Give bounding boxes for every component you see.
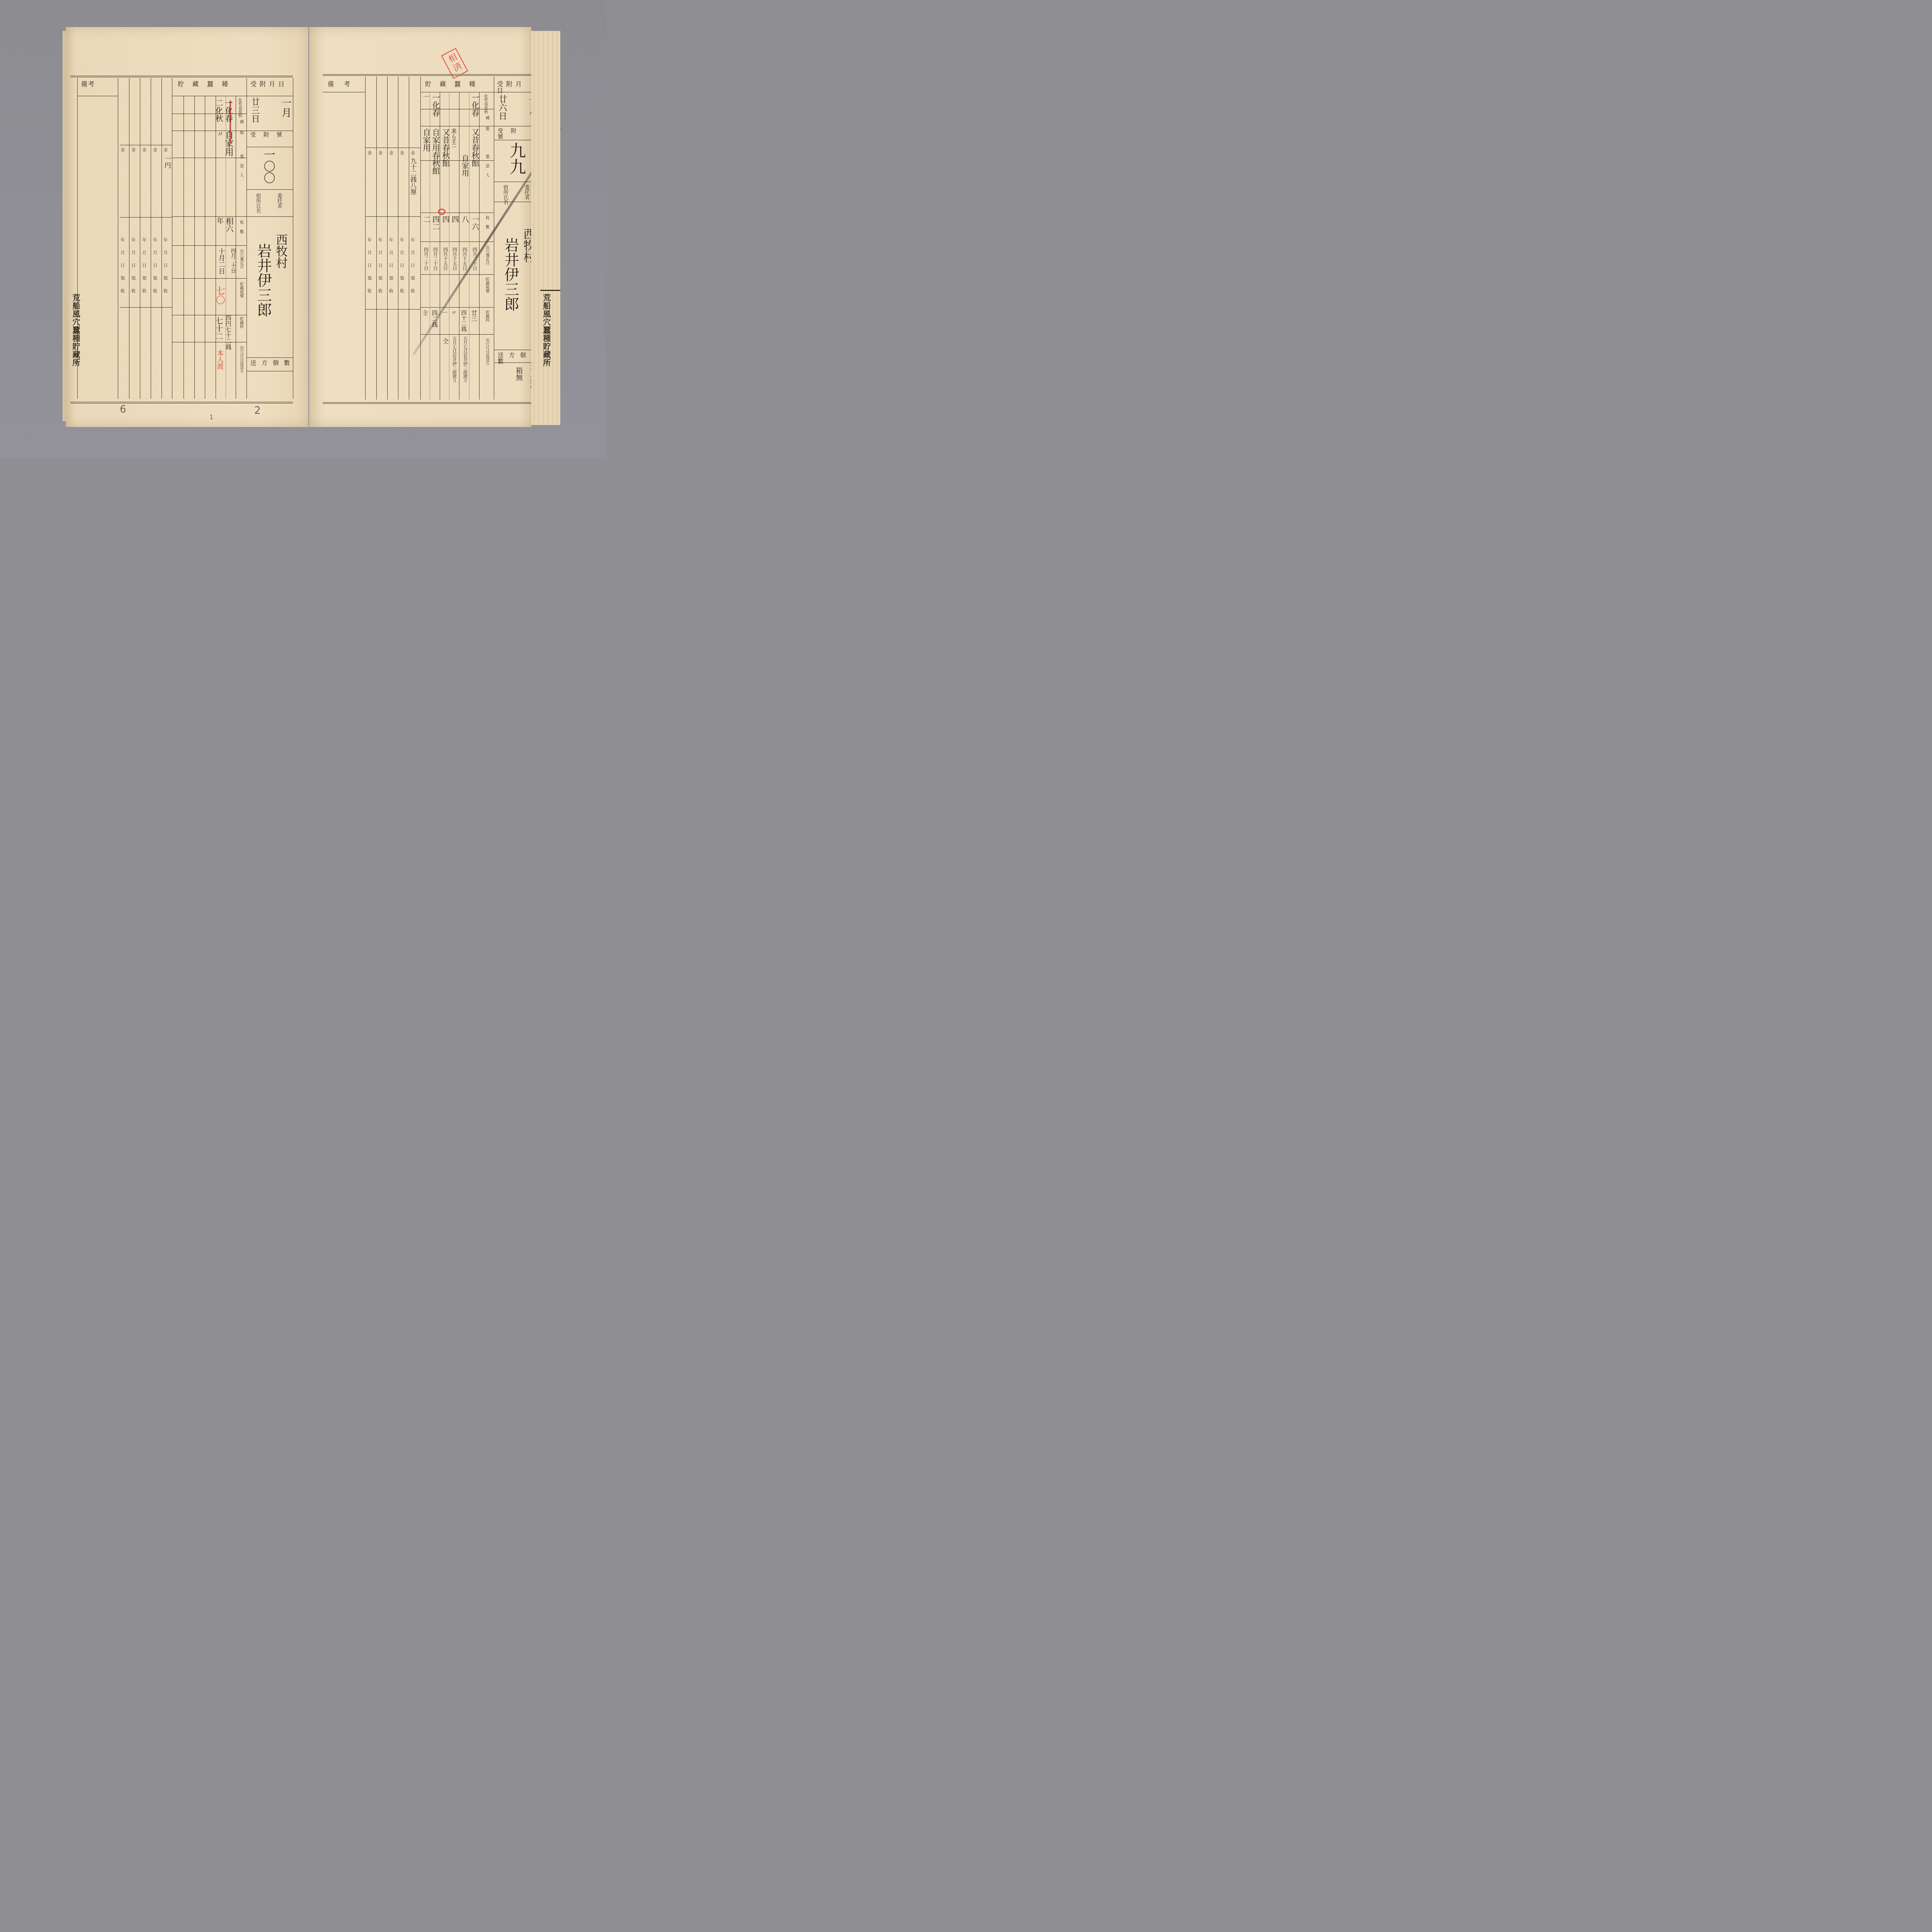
entry-count: 相六 xyxy=(225,217,233,233)
entry-returned: 五月七日岩井伊三郎渡ス xyxy=(463,336,468,383)
row-label-count: 枚數 xyxy=(485,216,489,234)
row-rule xyxy=(247,131,293,131)
payment-date-label: 年月日領收 xyxy=(410,238,415,301)
column-rule xyxy=(205,96,205,399)
column-rule xyxy=(236,96,236,399)
right-spine-title: 荒船風穴蠶種貯藏所 xyxy=(541,294,552,367)
received-date-header: 受附月日 xyxy=(250,81,287,88)
entry-planned-out: 十月二日 xyxy=(217,248,224,274)
column-rule xyxy=(162,78,162,399)
remarks-header-rule xyxy=(77,96,118,96)
received-number: 一〇〇 xyxy=(262,149,274,184)
remarks-header: 備考 xyxy=(328,81,360,88)
column-rule xyxy=(172,78,172,399)
row-rule xyxy=(247,189,293,190)
payment-amount-label: 金 xyxy=(400,151,404,155)
column-rule xyxy=(387,77,388,400)
row-rule xyxy=(420,274,494,275)
row-rule xyxy=(420,213,494,213)
received-number-label: 受附號 xyxy=(498,128,531,139)
received-number-label: 受附號 xyxy=(250,132,290,138)
remarks-header: 備考 xyxy=(81,81,95,88)
header-rule xyxy=(172,96,293,96)
row-label-count: 枚數 xyxy=(239,220,243,239)
entry-fee: 四円七十二銭 xyxy=(225,315,231,350)
entry-fee: 四十二銭 xyxy=(461,310,466,332)
column-rule xyxy=(420,77,421,400)
payment-date-label: 年月日領收 xyxy=(120,238,125,301)
consignor-name: 岩井伊三郎 xyxy=(255,243,270,317)
entry-count: 一六 xyxy=(471,216,478,230)
payment-rule xyxy=(365,216,420,217)
payment-date-label: 年月日領收 xyxy=(142,238,146,301)
payment-date-label: 年月日領收 xyxy=(367,238,372,301)
column-rule xyxy=(469,92,469,400)
received-date-header: 受附月日 xyxy=(497,81,531,94)
consignor-sub-label: 宿所氏名 xyxy=(255,193,260,213)
entry-planned-out: 四月二十日 xyxy=(433,247,438,270)
pencil-mark: 2 xyxy=(254,405,261,417)
payment-rule xyxy=(365,309,420,310)
entry-count: 四 xyxy=(441,216,449,223)
column-rule xyxy=(129,78,129,399)
row-rule xyxy=(247,216,293,217)
right-page: 備考 貯藏蠶種 受附月日 化性春夏秋 種類 製造人 枚數 出穴豫定日 貯藏箱號 … xyxy=(309,27,531,427)
payment-amount-label: 金 xyxy=(142,148,146,152)
row-label-maker: 製造人 xyxy=(239,155,243,182)
row-label-generation: 化性春夏秋 xyxy=(237,98,241,117)
row-label-generation: 化性春夏秋 xyxy=(483,94,487,114)
consignor-name: 岩井伊三郎 xyxy=(502,238,518,311)
row-label-type: 種類 xyxy=(485,116,489,138)
payment-date-label: 年月日領收 xyxy=(153,238,157,301)
column-rule xyxy=(140,78,140,399)
open-ledger-book: 備考 貯藏蠶種 受附月日 化性春夏秋 種類 製造人 枚數 出穴豫定日 貯藏箱號 … xyxy=(66,27,560,427)
entry-count: 八 xyxy=(461,216,468,223)
entry-fee: 〃 xyxy=(451,310,456,315)
row-label-fee: 貯藏料 xyxy=(485,310,489,322)
entry-box-no: 七〇 xyxy=(214,286,224,304)
column-rule xyxy=(459,92,459,400)
red-circle-mark xyxy=(438,209,446,215)
consignor-label: 委托者 xyxy=(524,185,529,200)
payment-amount-label: 金 xyxy=(378,151,383,155)
payment-amount: 一円 xyxy=(163,155,170,168)
entry-planned-out: 四月二十日 xyxy=(230,248,235,273)
payment-amount-label: 金 xyxy=(163,148,168,152)
row-label-box-no: 貯藏箱號 xyxy=(239,282,243,298)
entry-planned-out: 四月十五日 xyxy=(443,247,448,270)
payment-amount-label: 金 xyxy=(131,148,136,152)
payment-amount-label: 金 xyxy=(153,148,157,152)
consignor-sub-label: 宿所氏名 xyxy=(502,185,508,205)
left-page: 備考 貯藏蠶種 受附月日 化性春夏秋 種類 製造人 枚數 出穴豫定日 貯藏箱號 … xyxy=(66,27,308,427)
entry-returned: 本人渡 xyxy=(216,350,223,369)
entry-type-maker: 自家用春秋館 xyxy=(431,128,439,175)
left-form-frame xyxy=(70,76,293,403)
entry-count: 二 xyxy=(422,216,430,223)
column-rule xyxy=(376,77,377,400)
received-number: 九九 xyxy=(508,142,525,175)
column-rule xyxy=(365,77,366,400)
payment-amount-label: 金 xyxy=(120,148,125,152)
entry-type-maker: 自家用 xyxy=(422,128,430,151)
row-rule xyxy=(247,357,293,358)
row-rule xyxy=(420,307,494,308)
payment-date-label: 年月日領收 xyxy=(163,238,168,301)
consignor-label: 委托者 xyxy=(276,193,282,208)
pencil-mark: 6 xyxy=(120,404,126,415)
left-spine-title: 荒船風穴蠶種貯藏所 xyxy=(70,294,82,367)
payment-amount-label: 金 xyxy=(389,151,393,155)
entry-generation: 一化春 xyxy=(224,99,232,122)
row-label-box-no: 貯藏箱號 xyxy=(485,277,489,293)
entry-type-maker: 自家用 xyxy=(224,131,233,156)
row-rule xyxy=(420,334,494,335)
entry-fee: 仝 xyxy=(422,310,428,315)
entry-planned-out: 四月十五日 xyxy=(452,247,457,270)
row-rule xyxy=(247,147,293,147)
column-rule xyxy=(247,78,247,399)
column-rule xyxy=(398,77,398,400)
entry-count: 四 xyxy=(451,216,458,223)
row-label-planned-out: 出穴豫定日 xyxy=(239,249,243,269)
entry-generation: 一 xyxy=(422,94,429,100)
entry-count: 四二 xyxy=(431,216,439,230)
payment-rule xyxy=(120,145,172,145)
entry-type-maker: 又昔春秋館 xyxy=(441,128,449,167)
row-rule xyxy=(420,241,494,242)
entry-generation: 一化春 xyxy=(431,94,439,117)
return-count-label: 送方個數 xyxy=(498,352,531,365)
payment-rule xyxy=(120,217,172,218)
entry-returned: 仝 xyxy=(442,338,448,344)
entry-fee: 廿三 xyxy=(471,310,477,321)
payment-date-label: 年月日領收 xyxy=(378,238,383,301)
return-count-label: 送方個數 xyxy=(250,360,295,366)
row-rule xyxy=(247,371,293,371)
entry-planned-out: 四月十五日 xyxy=(462,247,467,270)
row-label-maker: 製造人 xyxy=(485,155,489,182)
received-day: 廿六日 xyxy=(498,95,507,120)
row-label-type: 種類 xyxy=(239,120,243,141)
entry-type-maker: 〃 xyxy=(216,131,223,138)
payment-date-label: 年月日領收 xyxy=(131,238,136,301)
column-rule xyxy=(494,77,494,400)
received-month: 一月 xyxy=(280,97,291,117)
payment-amount: 九十二銭八厘 xyxy=(410,158,416,195)
return-count: 箱無 xyxy=(515,367,522,381)
storage-seed-header: 貯藏蠶種 xyxy=(178,81,236,88)
row-label-fee: 貯藏料 xyxy=(239,317,243,328)
entry-generation: 二化秋 xyxy=(214,99,223,122)
column-rule xyxy=(409,77,409,400)
payment-date-label: 年月日領收 xyxy=(389,238,393,301)
pencil-mark: 1 xyxy=(209,413,213,421)
entry-type-maker: 来ら壬一 xyxy=(451,128,456,150)
payment-rule xyxy=(120,307,172,308)
entry-type-maker: 又昔春秋館 xyxy=(471,128,479,167)
entry-planned-out: 四月二十日 xyxy=(423,247,429,270)
entry-count: 年 xyxy=(216,217,223,224)
payment-date-label: 年月日領收 xyxy=(400,238,404,301)
row-label-out-return: 出穴月日返送方 xyxy=(239,346,243,373)
received-day: 廿三日 xyxy=(250,97,259,123)
row-label-planned-out: 出穴豫定日 xyxy=(485,245,489,265)
column-rule xyxy=(184,96,184,399)
column-rule xyxy=(118,78,118,399)
payment-rule xyxy=(365,148,420,148)
remarks-header-rule xyxy=(323,92,365,92)
entry-generation: 一化春 xyxy=(471,94,479,117)
column-rule xyxy=(151,78,151,399)
payment-amount-label: 金 xyxy=(367,151,372,155)
payment-amount-label: 金 xyxy=(410,151,415,155)
storage-seed-header: 貯藏蠶種 xyxy=(425,81,484,88)
spine-rule xyxy=(540,290,560,291)
entry-fee: 七十二 xyxy=(214,317,223,340)
entry-returned: 五月七日岩井伊三郎渡ス xyxy=(452,336,457,383)
consignor-village: 西牧村 xyxy=(274,234,287,269)
row-label-out-return: 出穴月日返送方 xyxy=(485,338,489,365)
entry-type-sub: 自家用 xyxy=(461,155,468,177)
column-rule xyxy=(293,78,293,399)
row-rule xyxy=(420,126,494,126)
column-rule xyxy=(194,96,195,399)
